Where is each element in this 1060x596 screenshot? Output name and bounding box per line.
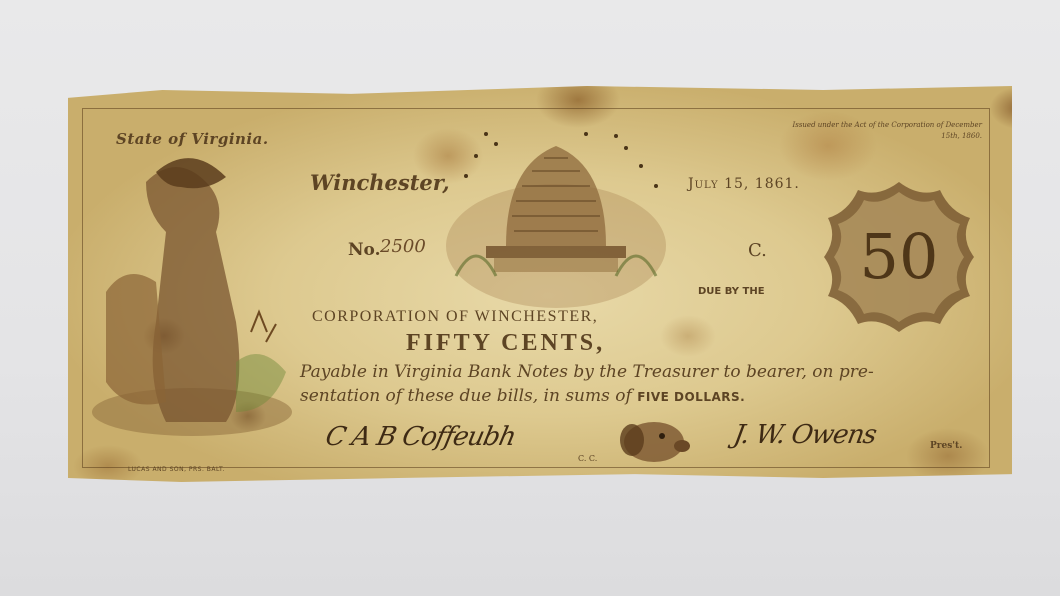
serial-number: 2500 xyxy=(380,236,426,257)
woman-figure-vignette-icon xyxy=(86,142,298,442)
payable-clause-line-1: Payable in Virginia Bank Notes by the Tr… xyxy=(300,362,874,382)
payable-clause-line-2: sentation of these due bills, in sums of… xyxy=(300,386,745,406)
series-letter: C. xyxy=(748,240,767,261)
signature-left-title: C. C. xyxy=(578,454,597,463)
printer-imprint: LUCAS AND SON, PRS. BALT. xyxy=(128,466,225,473)
city-name: Winchester, xyxy=(310,170,450,195)
denomination-text: FIFTY CENTS, xyxy=(406,330,605,357)
signature-left: C A B Coffeubh xyxy=(323,422,518,452)
signature-right-title: Pres't. xyxy=(930,441,962,451)
denomination-ornament: 50 xyxy=(820,178,978,336)
denomination-numeral: 50 xyxy=(860,220,939,293)
serial-label: No. xyxy=(348,240,381,260)
beehive-vignette-icon xyxy=(436,126,676,312)
issuer-name: CORPORATION OF WINCHESTER, xyxy=(312,308,598,326)
payable-amount: FIVE DOLLARS. xyxy=(637,390,745,404)
signature-right: J. W. Owens xyxy=(731,420,878,450)
due-by-label: DUE BY THE xyxy=(698,286,765,297)
dog-head-icon xyxy=(614,416,694,466)
banknote: State of Virginia. Issued under the Act … xyxy=(68,86,1012,482)
issue-date: July 15, 1861. xyxy=(688,176,800,192)
act-notice: Issued under the Act of the Corporation … xyxy=(792,120,982,142)
